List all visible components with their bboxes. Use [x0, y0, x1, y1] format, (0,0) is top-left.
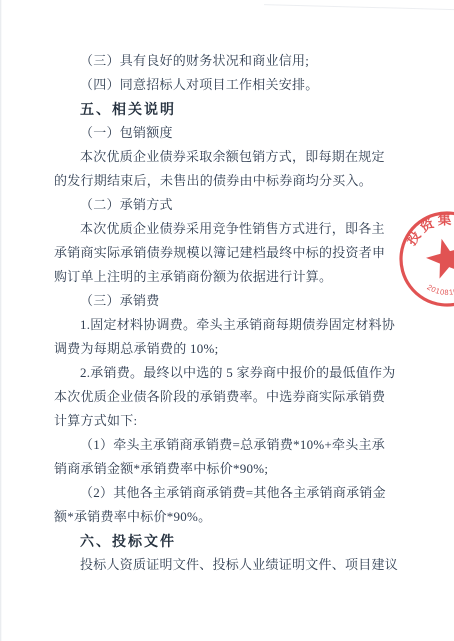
text-line: （1）牵头主承销商承销费=总承销费*10%+牵头主承	[54, 433, 388, 457]
text-line: 额*承销费率中标价*90%。	[54, 505, 388, 529]
text-line: 本次优质企业债券采取余额包销方式，即每期在规定	[54, 145, 388, 169]
text-line: （一）包销额度	[54, 121, 388, 145]
text-line: （三）具有良好的财务状况和商业信用;	[54, 49, 388, 73]
seal-number: 2010810160527	[424, 269, 454, 303]
text-line: 本次优质企业债券采用竞争性销售方式进行，即各主	[54, 217, 388, 241]
page-edge-artifact-top	[264, 4, 454, 11]
section-heading: 六、投标文件	[54, 529, 388, 553]
text-line: 投标人资质证明文件、投标人业绩证明文件、项目建议	[54, 553, 388, 577]
text-line: 的发行期结束后，未售出的债券由中标券商均分买入。	[54, 169, 388, 193]
text-line: 计算方式如下:	[54, 409, 388, 433]
star-icon	[422, 234, 454, 281]
text-line: 承销商实际承销债券规模以簿记建档最终中标的投资者申	[54, 241, 388, 265]
text-line: 2.承销费。最终以中选的 5 家券商中报价的最低值作为	[54, 361, 388, 385]
document-body: （三）具有良好的财务状况和商业信用;（四）同意招标人对项目工作相关安排。五、相关…	[54, 49, 388, 577]
text-line: 销商承销金额*承销费率中标价*90%;	[54, 457, 388, 481]
text-line: 1.固定材料协调费。牵头主承销商每期债券固定材料协	[54, 313, 388, 337]
section-heading: 五、相关说明	[54, 97, 388, 121]
text-line: 购订单上注明的主承销商份额为依据进行计算。	[54, 265, 388, 289]
text-line: 调费为每期总承销费的 10%;	[54, 337, 388, 361]
text-line: （二）承销方式	[54, 193, 388, 217]
text-line: （2）其他各主承销商承销费=其他各主承销商承销金	[54, 481, 388, 505]
page-edge-artifact-left	[0, 0, 2, 641]
text-line: （四）同意招标人对项目工作相关安排。	[54, 73, 388, 97]
seal-ring	[391, 203, 454, 316]
company-seal: 投资集团 2010810160527	[377, 189, 454, 329]
text-line: （三）承销费	[54, 289, 388, 313]
seal-arc-text: 投资集团	[398, 203, 454, 251]
text-line: 本次优质企业债各阶段的承销费率。中选券商实际承销费	[54, 385, 388, 409]
scanned-document-page: （三）具有良好的财务状况和商业信用;（四）同意招标人对项目工作相关安排。五、相关…	[0, 0, 454, 641]
